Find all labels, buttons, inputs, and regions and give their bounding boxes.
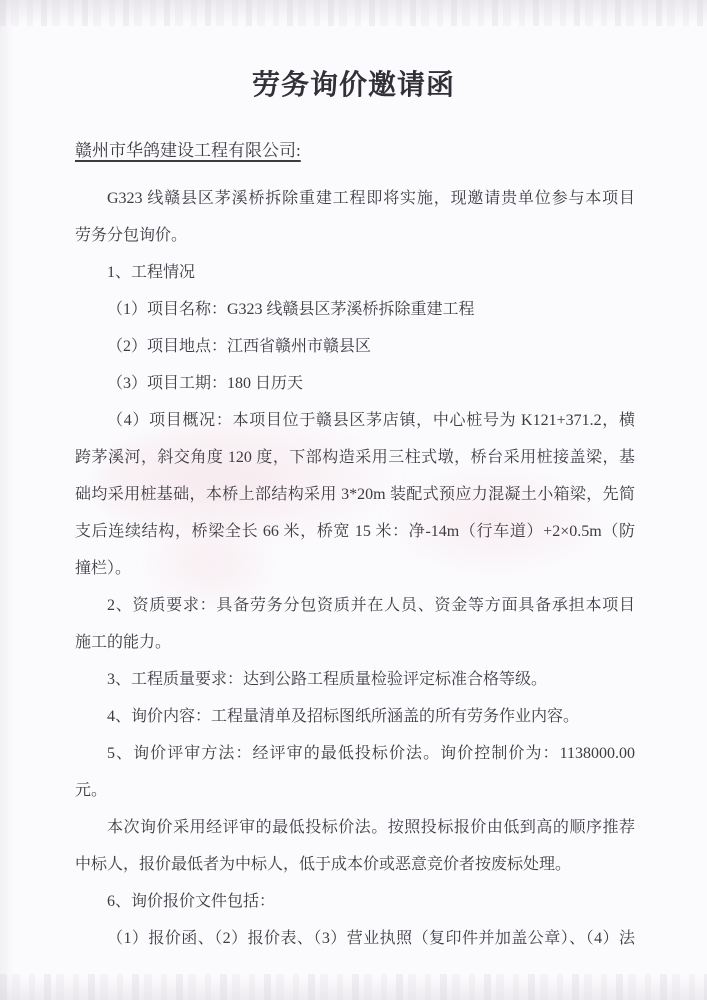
document-line: （1）项目名称：G323 线赣县区茅溪桥拆除重建工程 bbox=[75, 291, 635, 328]
recipient-line: 赣州市华鸽建设工程有限公司: bbox=[75, 139, 301, 163]
document-line: 础均采用桩基础，本桥上部结构采用 3*20m 装配式预应力混凝土小箱梁，先简 bbox=[75, 476, 635, 513]
scan-noise-bottom bbox=[0, 974, 707, 1000]
document-line: G323 线赣县区茅溪桥拆除重建工程即将实施，现邀请贵单位参与本项目 bbox=[75, 180, 635, 217]
document-line: 本次询价采用经评审的最低投标价法。按照投标报价由低到高的顺序推荐 bbox=[75, 809, 635, 846]
document-line: （4）项目概况：本项目位于赣县区茅店镇，中心桩号为 K121+371.2，横 bbox=[75, 402, 635, 439]
document-line: 跨茅溪河，斜交角度 120 度，下部构造采用三柱式墩，桥台采用桩接盖梁，基 bbox=[75, 439, 635, 476]
document-line: （2）项目地点：江西省赣州市赣县区 bbox=[75, 328, 635, 365]
document-line: 4、询价内容：工程量清单及招标图纸所涵盖的所有劳务作业内容。 bbox=[75, 698, 635, 735]
document-line: 元。 bbox=[75, 772, 635, 809]
scan-noise-top bbox=[0, 0, 707, 26]
document-line: 1、工程情况 bbox=[75, 254, 635, 291]
scanned-page: 劳务询价邀请函 赣州市华鸽建设工程有限公司: G323 线赣县区茅溪桥拆除重建工… bbox=[0, 0, 707, 1000]
document-body: G323 线赣县区茅溪桥拆除重建工程即将实施，现邀请贵单位参与本项目劳务分包询价… bbox=[75, 180, 635, 957]
document-line: （3）项目工期：180 日历天 bbox=[75, 365, 635, 402]
document-title: 劳务询价邀请函 bbox=[0, 66, 707, 104]
document-line: 中标人，报价最低者为中标人，低于成本价或恶意竞价者按废标处理。 bbox=[75, 846, 635, 883]
document-line: 撞栏）。 bbox=[75, 550, 635, 587]
document-line: 3、工程质量要求：达到公路工程质量检验评定标准合格等级。 bbox=[75, 661, 635, 698]
document-line: 劳务分包询价。 bbox=[75, 217, 635, 254]
document-line: （1）报价函、（2）报价表、（3）营业执照（复印件并加盖公章）、（4）法 bbox=[75, 920, 635, 957]
document-line: 支后连续结构，桥梁全长 66 米，桥宽 15 米：净-14m（行车道）+2×0.… bbox=[75, 513, 635, 550]
document-line: 施工的能力。 bbox=[75, 624, 635, 661]
document-line: 6、询价报价文件包括： bbox=[75, 883, 635, 920]
scan-noise-left bbox=[0, 0, 14, 1000]
document-line: 2、资质要求：具备劳务分包资质并在人员、资金等方面具备承担本项目 bbox=[75, 587, 635, 624]
document-line: 5、询价评审方法：经评审的最低投标价法。询价控制价为：1138000.00 bbox=[75, 735, 635, 772]
